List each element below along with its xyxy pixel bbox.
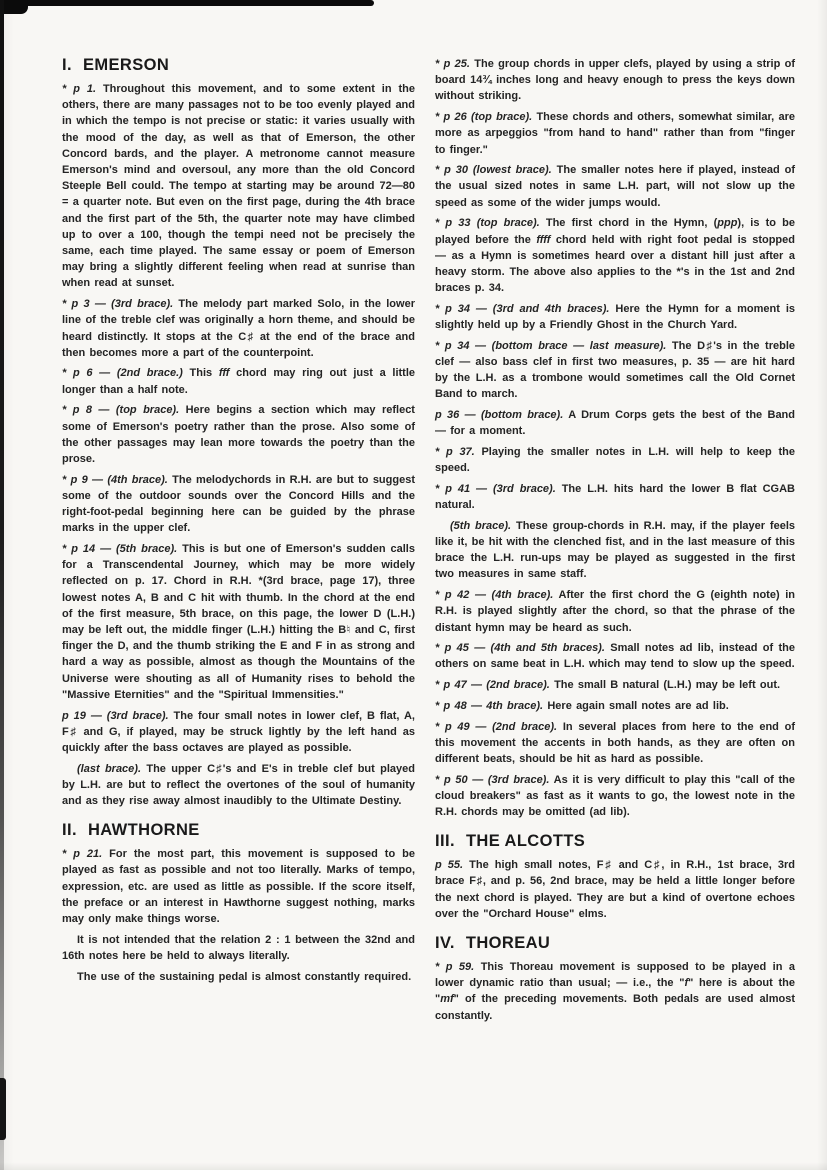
paragraph: * p 21. For the most part, this movement… xyxy=(62,846,415,927)
body-text: The small B natural (L.H.) may be left o… xyxy=(550,679,780,691)
scan-artifact-top-edge xyxy=(0,0,374,6)
scan-artifact-top-left-corner xyxy=(0,0,28,14)
body-text: The group chords in upper clefs, played … xyxy=(435,58,795,102)
paragraph: p 19 — (3rd brace). The four small notes… xyxy=(62,708,415,757)
section-title: THOREAU xyxy=(466,934,550,952)
body-text: The use of the sustaining pedal is almos… xyxy=(77,971,411,983)
emphasis-text: * p 6 — (2nd brace.) xyxy=(62,367,183,379)
emphasis-text: * p 59. xyxy=(435,961,474,973)
body-text: Here again small notes are ad lib. xyxy=(543,700,729,712)
section-title: THE ALCOTTS xyxy=(466,832,585,850)
emphasis-text: * p 3 — (3rd brace). xyxy=(62,298,173,310)
section-heading: II.HAWTHORNE xyxy=(62,821,415,840)
paragraph: It is not intended that the relation 2 :… xyxy=(62,932,415,964)
emphasis-text: * p 50 — (3rd brace). xyxy=(435,774,549,786)
paragraph: * p 59. This Thoreau movement is suppose… xyxy=(435,959,795,1024)
emphasis-text: * p 34 — (3rd and 4th braces). xyxy=(435,303,610,315)
section-title: EMERSON xyxy=(83,56,169,74)
paragraph: * p 1. Throughout this movement, and to … xyxy=(62,81,415,292)
section-title: HAWTHORNE xyxy=(88,821,200,839)
emphasis-text: * p 33 (top brace). xyxy=(435,217,540,229)
emphasis-text: * p 8 — (top brace). xyxy=(62,404,179,416)
emphasis-text: * p 45 — (4th and 5th braces). xyxy=(435,642,605,654)
section-number: IV. xyxy=(435,934,455,952)
body-text: The first chord in the Hymn, ( xyxy=(540,217,718,229)
emphasis-text: p 36 — (bottom brace). xyxy=(435,409,563,421)
paragraph: p 36 — (bottom brace). A Drum Corps gets… xyxy=(435,407,795,439)
emphasis-text: ffff xyxy=(536,234,550,246)
section-number: III. xyxy=(435,832,455,850)
paragraph: (last brace). The upper C♯'s and E's in … xyxy=(62,761,415,810)
emphasis-text: p 19 — (3rd brace). xyxy=(62,710,169,722)
body-text: Throughout this movement, and to some ex… xyxy=(62,83,415,289)
emphasis-text: * p 47 — (2nd brace). xyxy=(435,679,550,691)
body-text: " of the preceding movements. Both pedal… xyxy=(435,993,795,1021)
emphasis-text: * p 14 — (5th brace). xyxy=(62,543,177,555)
paragraph: * p 3 — (3rd brace). The melody part mar… xyxy=(62,296,415,361)
section-number: I. xyxy=(62,56,72,74)
emphasis-text: (last brace). xyxy=(77,763,141,775)
emphasis-text: * p 30 (lowest brace). xyxy=(435,164,552,176)
emphasis-text: ppp xyxy=(717,217,737,229)
right-column: * p 25. The group chords in upper clefs,… xyxy=(435,56,795,1028)
emphasis-text: * p 42 — (4th brace). xyxy=(435,589,553,601)
emphasis-text: * p 49 — (2nd brace). xyxy=(435,721,557,733)
paragraph: (5th brace). These group-chords in R.H. … xyxy=(435,518,795,583)
paragraph: * p 9 — (4th brace). The melodychords in… xyxy=(62,472,415,537)
emphasis-text: p 55. xyxy=(435,859,463,871)
paragraph: * p 48 — 4th brace). Here again small no… xyxy=(435,698,795,714)
section-heading: III.THE ALCOTTS xyxy=(435,832,795,851)
emphasis-text: * p 1. xyxy=(62,83,96,95)
two-column-text: I.EMERSON* p 1. Throughout this movement… xyxy=(62,56,795,1028)
paragraph: * p 14 — (5th brace). This is but one of… xyxy=(62,541,415,703)
body-text: For the most part, this movement is supp… xyxy=(62,848,415,925)
paragraph: * p 41 — (3rd brace). The L.H. hits hard… xyxy=(435,481,795,513)
body-text: This xyxy=(183,367,219,379)
emphasis-text: * p 9 — (4th brace). xyxy=(62,474,168,486)
paragraph: p 55. The high small notes, F♯ and C♯, i… xyxy=(435,857,795,922)
emphasis-text: * p 21. xyxy=(62,848,102,860)
scan-artifact-bottom-left-edge xyxy=(0,1078,6,1140)
emphasis-text: fff xyxy=(219,367,230,379)
paragraph: * p 8 — (top brace). Here begins a secti… xyxy=(62,402,415,467)
scan-artifact-left-edge xyxy=(0,0,4,1170)
paragraph: * p 25. The group chords in upper clefs,… xyxy=(435,56,795,105)
paragraph: * p 42 — (4th brace). After the first ch… xyxy=(435,587,795,636)
document-page: I.EMERSON* p 1. Throughout this movement… xyxy=(0,0,827,1170)
section-heading: IV.THOREAU xyxy=(435,934,795,953)
emphasis-text: * p 48 — 4th brace). xyxy=(435,700,543,712)
section-heading: I.EMERSON xyxy=(62,56,415,75)
section-number: II. xyxy=(62,821,77,839)
emphasis-text: * p 41 — (3rd brace). xyxy=(435,483,556,495)
body-text: The high small notes, F♯ and C♯, in R.H.… xyxy=(435,859,795,920)
paragraph: * p 33 (top brace). The first chord in t… xyxy=(435,215,795,296)
paragraph: * p 30 (lowest brace). The smaller notes… xyxy=(435,162,795,211)
paragraph: * p 37. Playing the smaller notes in L.H… xyxy=(435,444,795,476)
emphasis-text: mf xyxy=(440,993,453,1005)
paragraph: * p 34 — (bottom brace — last measure). … xyxy=(435,338,795,403)
paragraph: * p 6 — (2nd brace.) This fff chord may … xyxy=(62,365,415,397)
emphasis-text: * p 25. xyxy=(435,58,470,70)
left-column: I.EMERSON* p 1. Throughout this movement… xyxy=(62,56,415,1028)
paragraph: The use of the sustaining pedal is almos… xyxy=(62,969,415,985)
paragraph: * p 26 (top brace). These chords and oth… xyxy=(435,109,795,158)
body-text: Playing the smaller notes in L.H. will h… xyxy=(435,446,795,474)
paragraph: * p 50 — (3rd brace). As it is very diff… xyxy=(435,772,795,821)
emphasis-text: * p 26 (top brace). xyxy=(435,111,532,123)
paragraph: * p 49 — (2nd brace). In several places … xyxy=(435,719,795,768)
emphasis-text: * p 37. xyxy=(435,446,475,458)
body-text: It is not intended that the relation 2 :… xyxy=(62,934,415,962)
paragraph: * p 47 — (2nd brace). The small B natura… xyxy=(435,677,795,693)
emphasis-text: * p 34 — (bottom brace — last measure). xyxy=(435,340,666,352)
paragraph: * p 45 — (4th and 5th braces). Small not… xyxy=(435,640,795,672)
body-text: This is but one of Emerson's sudden call… xyxy=(62,543,415,701)
emphasis-text: (5th brace). xyxy=(450,520,511,532)
paragraph: * p 34 — (3rd and 4th braces). Here the … xyxy=(435,301,795,333)
